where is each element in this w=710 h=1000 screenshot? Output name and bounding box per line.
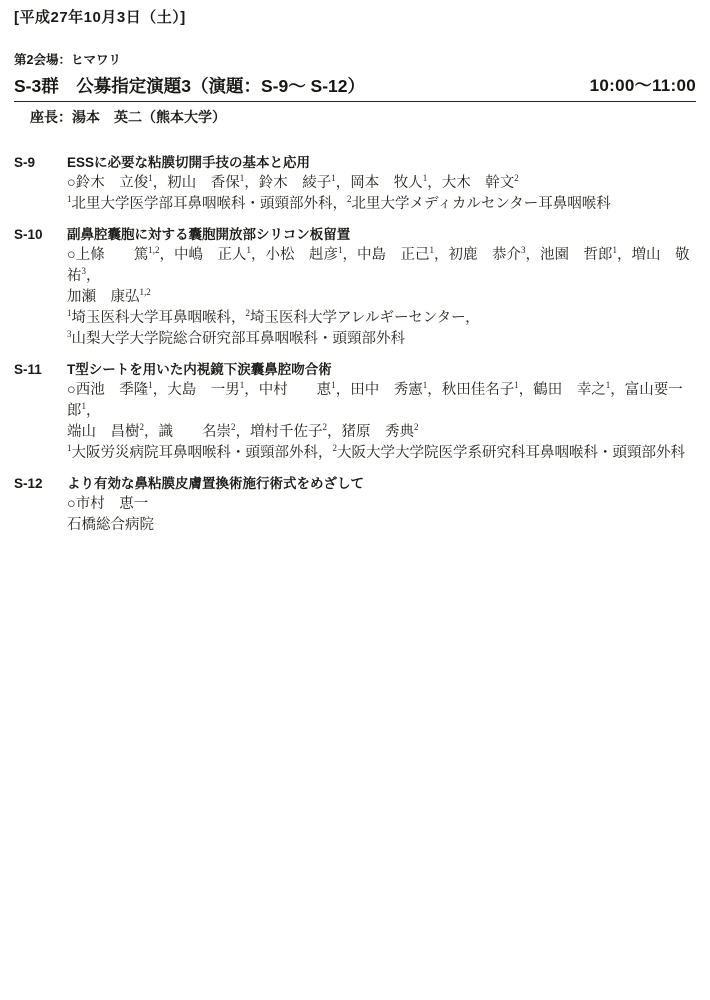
author-line: ○鈴木 立俊1，籾山 香保1，鈴木 綾子1，岡本 牧人1，大木 幹文2 <box>67 173 696 194</box>
affiliation-superscript: 2 <box>514 173 519 183</box>
presentation-title: 副鼻腔囊胞に対する囊胞開放部シリコン板留置 <box>67 224 696 245</box>
affiliation-superscript: 1 <box>613 245 618 255</box>
presentation-body: 副鼻腔囊胞に対する囊胞開放部シリコン板留置 ○上條 篤1,2，中嶋 正人1，小松… <box>67 224 696 350</box>
affiliation-line: 1北里大学医学部耳鼻咽喉科・頭頸部外科，2北里大学メディカルセンター耳鼻咽喉科 <box>67 194 696 215</box>
affiliation-superscript: 1,2 <box>148 245 159 255</box>
affiliation-superscript: 3 <box>521 245 526 255</box>
presentation-item: S-10 副鼻腔囊胞に対する囊胞開放部シリコン板留置 ○上條 篤1,2，中嶋 正… <box>14 224 696 350</box>
affiliation-superscript: 1 <box>247 245 252 255</box>
presentation-list: S-9 ESSに必要な粘膜切開手技の基本と応用 ○鈴木 立俊1，籾山 香保1，鈴… <box>14 152 696 536</box>
affiliation-superscript: 2 <box>231 422 236 432</box>
affiliation-line: 石橋総合病院 <box>67 515 696 536</box>
presentation-id: S-11 <box>14 359 67 380</box>
presentation-body: ESSに必要な粘膜切開手技の基本と応用 ○鈴木 立俊1，籾山 香保1，鈴木 綾子… <box>67 152 696 215</box>
presentation-body: より有効な鼻粘膜皮膚置換術施行術式をめざして ○市村 恵一石橋総合病院 <box>67 473 696 536</box>
author-line: 端山 昌樹2，識 名崇2，増村千佐子2，猪原 秀典2 <box>67 422 696 443</box>
affiliation-superscript: 2 <box>414 422 419 432</box>
affiliation-line: 1埼玉医科大学耳鼻咽喉科，2埼玉医科大学アレルギーセンター， <box>67 308 696 329</box>
affiliation-superscript: 1 <box>423 380 428 390</box>
chair-label: 座長：湯本 英二（熊本大学） <box>14 102 696 126</box>
affiliation-superscript: 1 <box>338 245 343 255</box>
affiliation-superscript: 1,2 <box>140 287 151 297</box>
affiliation-superscript: 1 <box>514 380 519 390</box>
affiliation-superscript: 1 <box>148 173 153 183</box>
venue-label: 第2会場：ヒマワリ <box>14 53 696 67</box>
affiliation-superscript: 3 <box>82 266 87 276</box>
session-group-title: S-3群 公募指定演題3（演題：S-9〜 S-12） <box>14 75 365 97</box>
author-line: ○西池 季隆1，大島 一男1，中村 恵1，田中 秀憲1，秋田佳名子1，鶴田 幸之… <box>67 380 696 422</box>
affiliation-superscript: 1 <box>430 245 435 255</box>
affiliation-superscript: 1 <box>82 401 87 411</box>
affiliation-superscript: 1 <box>67 308 72 318</box>
affiliation-line: 3山梨大学大学院総合研究部耳鼻咽喉科・頭頸部外科 <box>67 329 696 350</box>
affiliation-superscript: 2 <box>323 422 328 432</box>
affiliation-superscript: 1 <box>331 173 336 183</box>
affiliation-line: 1大阪労災病院耳鼻咽喉科・頭頸部外科，2大阪大学大学院医学系研究科耳鼻咽喉科・頭… <box>67 443 696 464</box>
affiliation-superscript: 2 <box>347 194 352 204</box>
affiliation-superscript: 1 <box>423 173 428 183</box>
affiliation-superscript: 1 <box>240 380 245 390</box>
date-header: [平成27年10月3日（土）] <box>14 8 696 28</box>
affiliation-superscript: 2 <box>140 422 145 432</box>
affiliation-superscript: 1 <box>240 173 245 183</box>
affiliation-superscript: 2 <box>333 443 338 453</box>
presentation-id: S-10 <box>14 224 67 245</box>
author-line: ○市村 恵一 <box>67 494 696 515</box>
affiliation-superscript: 2 <box>246 308 251 318</box>
presentation-title: T型シートを用いた内視鏡下涙囊鼻腔吻合術 <box>67 359 696 380</box>
presentation-title: ESSに必要な粘膜切開手技の基本と応用 <box>67 152 696 173</box>
affiliation-superscript: 1 <box>148 380 153 390</box>
presentation-id: S-9 <box>14 152 67 173</box>
presentation-body: T型シートを用いた内視鏡下涙囊鼻腔吻合術 ○西池 季隆1，大島 一男1，中村 恵… <box>67 359 696 464</box>
affiliation-superscript: 1 <box>67 194 72 204</box>
affiliation-superscript: 1 <box>606 380 611 390</box>
presentation-id: S-12 <box>14 473 67 494</box>
presentation-item: S-12 より有効な鼻粘膜皮膚置換術施行術式をめざして ○市村 恵一石橋総合病院 <box>14 473 696 536</box>
session-heading-row: S-3群 公募指定演題3（演題：S-9〜 S-12） 10:00〜11:00 <box>14 75 696 97</box>
author-line: 加瀬 康弘1,2 <box>67 287 696 308</box>
presentation-item: S-11 T型シートを用いた内視鏡下涙囊鼻腔吻合術 ○西池 季隆1，大島 一男1… <box>14 359 696 464</box>
presentation-title: より有効な鼻粘膜皮膚置換術施行術式をめざして <box>67 473 696 494</box>
program-page: [平成27年10月3日（土）] 第2会場：ヒマワリ S-3群 公募指定演題3（演… <box>0 0 710 1000</box>
session-time: 10:00〜11:00 <box>590 75 696 97</box>
affiliation-superscript: 1 <box>331 380 336 390</box>
presentation-item: S-9 ESSに必要な粘膜切開手技の基本と応用 ○鈴木 立俊1，籾山 香保1，鈴… <box>14 152 696 215</box>
author-line: ○上條 篤1,2，中嶋 正人1，小松 赳彦1，中島 正己1，初鹿 恭介3，池園 … <box>67 245 696 287</box>
affiliation-superscript: 1 <box>67 443 72 453</box>
affiliation-superscript: 3 <box>67 329 72 339</box>
